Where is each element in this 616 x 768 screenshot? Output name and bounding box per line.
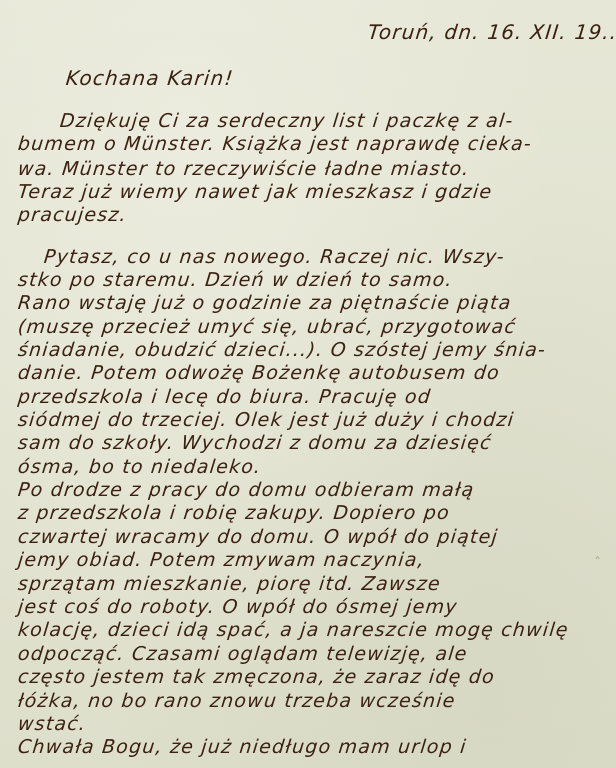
letter-line: (muszę przecież umyć się, ubrać, przygot… (17, 318, 517, 337)
letter-line: często jestem tak zmęczona, że zaraz idę… (17, 668, 496, 687)
letter-line: Dziękuję Ci za serdeczny list i paczkę z… (59, 112, 514, 131)
letter-line: odpocząć. Czasami oglądam telewizję, ale (17, 645, 469, 664)
letter-salutation: Kochana Karin! (65, 68, 235, 88)
letter-line: Teraz już wiemy nawet jak mieszkasz i gd… (17, 183, 493, 202)
letter-line: pracujesz. (17, 206, 128, 225)
pencil-mark: ˆ (594, 556, 608, 570)
letter-line: kolację, dzieci idą spać, a ja nareszcie… (17, 621, 570, 640)
letter-line: bumem o Münster. Książka jest naprawdę c… (17, 135, 533, 154)
letter-line: z przedszkola i robię zakupy. Dopiero po (17, 504, 451, 523)
letter-line: sprzątam mieszkanie, piorę itd. Zawsze (17, 575, 442, 594)
letter-line: wa. Münster to rzeczywiście ładne miasto… (17, 160, 471, 179)
letter-line: Rano wstaję już o godzinie za piętnaście… (17, 294, 513, 313)
letter-line: danie. Potem odwożę Bożenkę autobusem do (17, 364, 501, 383)
letter-line: sam do szkoły. Wychodzi z domu za dziesi… (17, 434, 493, 453)
letter-line: wstać. (17, 715, 87, 734)
letter-line: Po drodze z pracy do domu odbieram małą (17, 481, 475, 500)
letter-line: czwartej wracamy do domu. O wpół do piąt… (17, 528, 499, 547)
letter-date: Toruń, dn. 16. XII. 19..r. (367, 22, 616, 42)
letter-line: przedszkola i lecę do biura. Pracuję od (17, 388, 432, 407)
letter-line: ósma, bo to niedaleko. (17, 458, 262, 477)
letter-line: Chwała Bogu, że już niedługo mam urlop i (17, 738, 468, 757)
letter-line: Pytasz, co u nas nowego. Raczej nic. Wsz… (43, 248, 506, 267)
letter-line: łóżka, no bo rano znowu trzeba wcześnie (17, 692, 457, 711)
letter-page: Toruń, dn. 16. XII. 19..r. Kochana Karin… (0, 0, 616, 768)
letter-line: śniadanie, obudzić dzieci...). O szóstej… (17, 341, 547, 360)
letter-line: jest coś do roboty. O wpół do ósmej jemy (17, 598, 459, 617)
letter-line: stko po staremu. Dzień w dzień to samo. (17, 271, 454, 290)
letter-line: jemy obiad. Potem zmywam naczynia, (17, 551, 426, 570)
letter-line: siódmej do trzeciej. Olek jest już duży … (17, 411, 515, 430)
